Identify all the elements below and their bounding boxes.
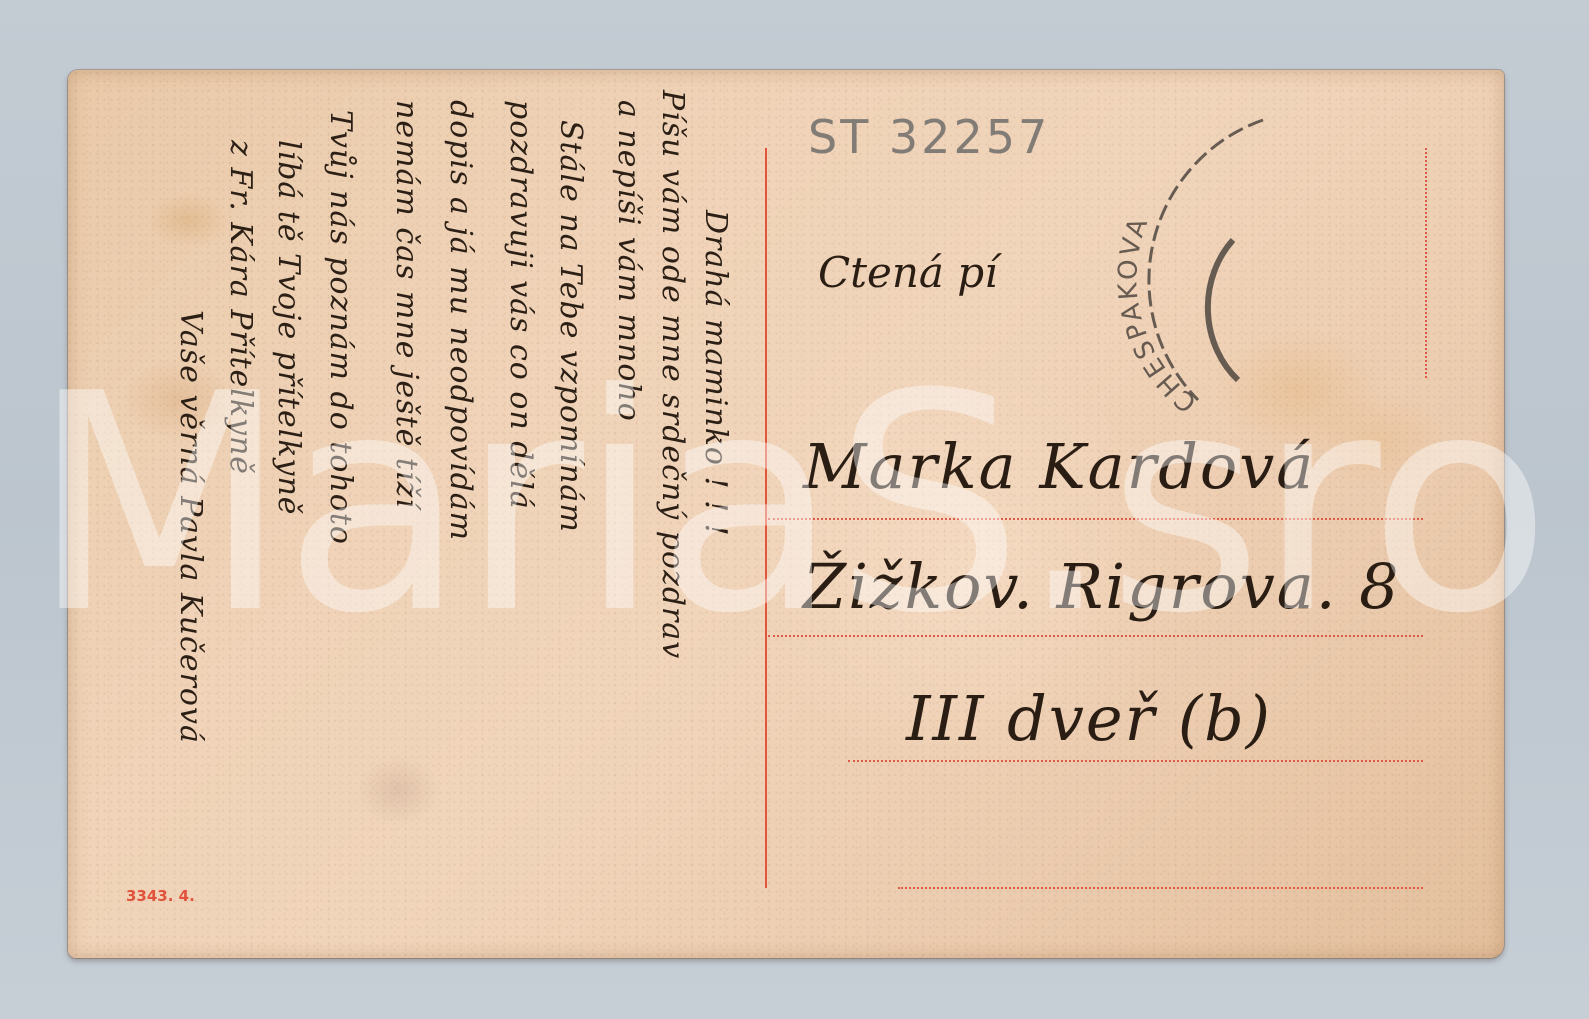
message-line: Stále na Tebe vzpomínám xyxy=(553,120,588,533)
message-line: Vaše věrná Pavla Kučerová xyxy=(173,310,208,744)
message-line: z Fr. Kára Přítelkyně xyxy=(223,140,258,475)
address-line-1 xyxy=(768,518,1423,520)
message-line: líbá tě Tvoje přítelkyně xyxy=(271,140,306,516)
postcard: ST 32257 CHESPAKOVA Ctená pí Marka Kardo… xyxy=(68,70,1504,958)
message-line: a nepíši vám mnoho xyxy=(611,100,646,422)
message-line: Tvůj nás poznám do tohoto xyxy=(323,110,358,545)
address-line-2 xyxy=(768,635,1423,637)
postmark-text: CHESPAKOVA xyxy=(1113,212,1202,418)
postmark-stamp: CHESPAKOVA xyxy=(1058,100,1358,420)
svg-text:CHESPAKOVA: CHESPAKOVA xyxy=(1113,212,1202,418)
stamp-area-border xyxy=(1425,148,1427,378)
message-line: dopis a já mu neodpovídám xyxy=(443,100,478,541)
address-floor: III dveř (b) xyxy=(906,682,1272,755)
address-line-3 xyxy=(848,760,1423,762)
address-salutation: Ctená pí xyxy=(818,248,998,297)
message-line: pozdravuji vás co on dělá xyxy=(503,100,538,510)
address-line-4 xyxy=(898,887,1423,889)
message-line: Píšu vám ode mne srdečný pozdrav xyxy=(655,90,690,659)
message-line: nemám čas mne ještě tíží xyxy=(389,100,424,509)
message-line: Drahá maminko ! ! ! xyxy=(698,210,733,537)
inventory-number: ST 32257 xyxy=(808,110,1050,164)
address-name: Marka Kardová xyxy=(803,430,1315,503)
center-divider xyxy=(765,148,767,888)
printed-card-number: 3343. 4. xyxy=(126,887,195,905)
address-street: Žižkov. Rigrova. 8 xyxy=(803,550,1401,623)
